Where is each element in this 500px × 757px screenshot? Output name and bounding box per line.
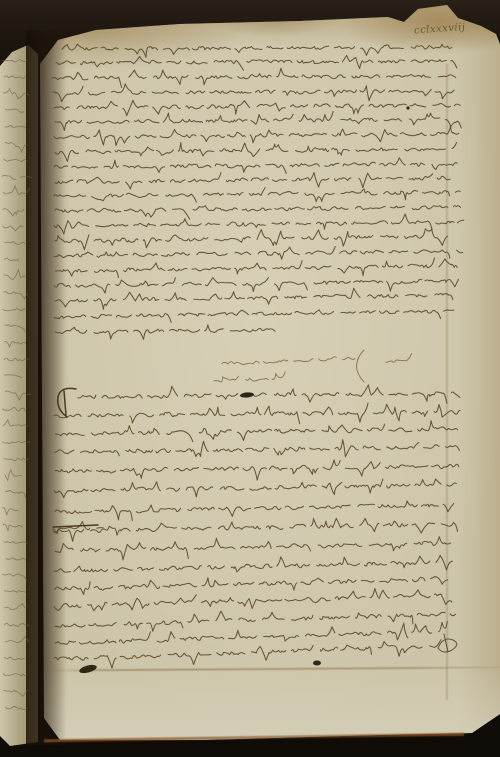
text-line-block1 (55, 229, 447, 250)
ink-blot (313, 661, 321, 666)
facing-page-script-fragment (4, 159, 28, 161)
text-line-block2 (54, 479, 456, 498)
text-line-block2 (54, 440, 459, 457)
text-line-block1 (52, 68, 456, 87)
facing-page-script-fragment (4, 458, 29, 461)
text-line-block1 (56, 55, 457, 70)
ink-blot (78, 663, 97, 674)
facing-page-script-fragment (4, 541, 27, 543)
facing-page-script-fragment (6, 707, 28, 710)
text-line-block1 (54, 158, 457, 174)
facing-page-script-fragment (5, 623, 29, 626)
text-line-block2 (55, 577, 448, 595)
text-line-block1 (55, 111, 461, 130)
facing-page-script-fragment (5, 604, 27, 610)
facing-page-script-fragment (6, 558, 26, 560)
signature-line (214, 372, 285, 382)
handwriting-layer (0, 0, 500, 757)
text-line-block1 (54, 188, 460, 203)
initial-letter-flourish (58, 388, 76, 417)
struck-word (53, 522, 103, 534)
signature-paren-flourish (357, 350, 365, 382)
strikethrough-line (53, 525, 98, 527)
text-line-block1 (54, 310, 454, 323)
facing-page-script-fragment (3, 89, 28, 99)
facing-page-script-fragment (5, 142, 27, 152)
text-line-block2 (54, 555, 452, 572)
text-line-block1 (54, 278, 458, 294)
facing-page-script-fragment (5, 242, 25, 245)
text-line-block1 (54, 100, 460, 115)
text-line-block2 (54, 589, 452, 611)
text-line-block2 (55, 460, 459, 480)
facing-page-script-fragment (4, 292, 28, 299)
facing-page-script-fragment (4, 186, 30, 195)
text-line-block1 (55, 173, 450, 190)
facing-page-script-fragment (4, 690, 29, 696)
text-line-block1 (54, 126, 459, 145)
closing-paraph-mark (438, 634, 457, 652)
facing-page-script-fragment (4, 375, 22, 378)
facing-page-script-fragment (5, 325, 25, 332)
text-line-block1 (62, 44, 452, 57)
facing-page-script-fragment (5, 470, 21, 481)
text-line-block1 (53, 84, 454, 102)
facing-page-script-fragment (5, 657, 25, 660)
facing-page-script-fragment (3, 407, 26, 411)
facing-page-script-fragment (3, 226, 23, 231)
signature-line (222, 357, 355, 365)
text-line-block1 (54, 214, 464, 234)
text-line-block2 (54, 403, 460, 424)
facing-page-script-fragment (2, 441, 30, 443)
text-line-block2 (55, 537, 451, 560)
facing-page-script-fragment (4, 258, 19, 261)
text-line-block1 (55, 325, 275, 340)
facing-page-script-fragment (4, 358, 29, 360)
facing-page-script-fragment (4, 591, 25, 593)
text-line-block2 (55, 421, 458, 442)
facing-page-script-fragment (3, 524, 22, 531)
text-line-block2 (55, 611, 456, 631)
facing-page-script-fragment (3, 508, 19, 516)
facing-page-script-fragment (5, 637, 28, 642)
text-line-block2 (55, 622, 447, 645)
facing-page-script-fragment (4, 76, 25, 79)
facing-page-script-fragment (3, 574, 27, 580)
ink-blot (240, 392, 254, 398)
facing-page-script-fragment (3, 420, 27, 426)
text-line-block2 (55, 501, 454, 521)
facing-page-script-fragment (3, 209, 24, 216)
facing-page-script-fragment (5, 109, 23, 112)
text-line-block2 (54, 640, 441, 668)
text-line-block1 (55, 258, 457, 278)
facing-page-script-fragment (3, 308, 27, 310)
manuscript-photograph: cclxxxviij (0, 0, 500, 757)
facing-page-script-fragment (3, 674, 27, 676)
facing-page-script-fragment (4, 270, 26, 280)
text-line-block1 (54, 247, 463, 260)
ink-blot (406, 106, 409, 109)
facing-page-script-fragment (2, 60, 27, 62)
facing-page-script-fragment (2, 175, 31, 179)
text-line-block2 (53, 518, 458, 541)
facing-page-script-fragment (5, 391, 30, 400)
facing-page-script-fragment (5, 125, 26, 128)
text-line-block1 (55, 206, 461, 219)
text-line-block1 (55, 143, 457, 162)
facing-page-script-fragment (5, 341, 26, 347)
facing-page-script-fragment (6, 491, 27, 499)
text-line-block2 (78, 385, 460, 404)
signature-probatum-mark (386, 354, 412, 363)
